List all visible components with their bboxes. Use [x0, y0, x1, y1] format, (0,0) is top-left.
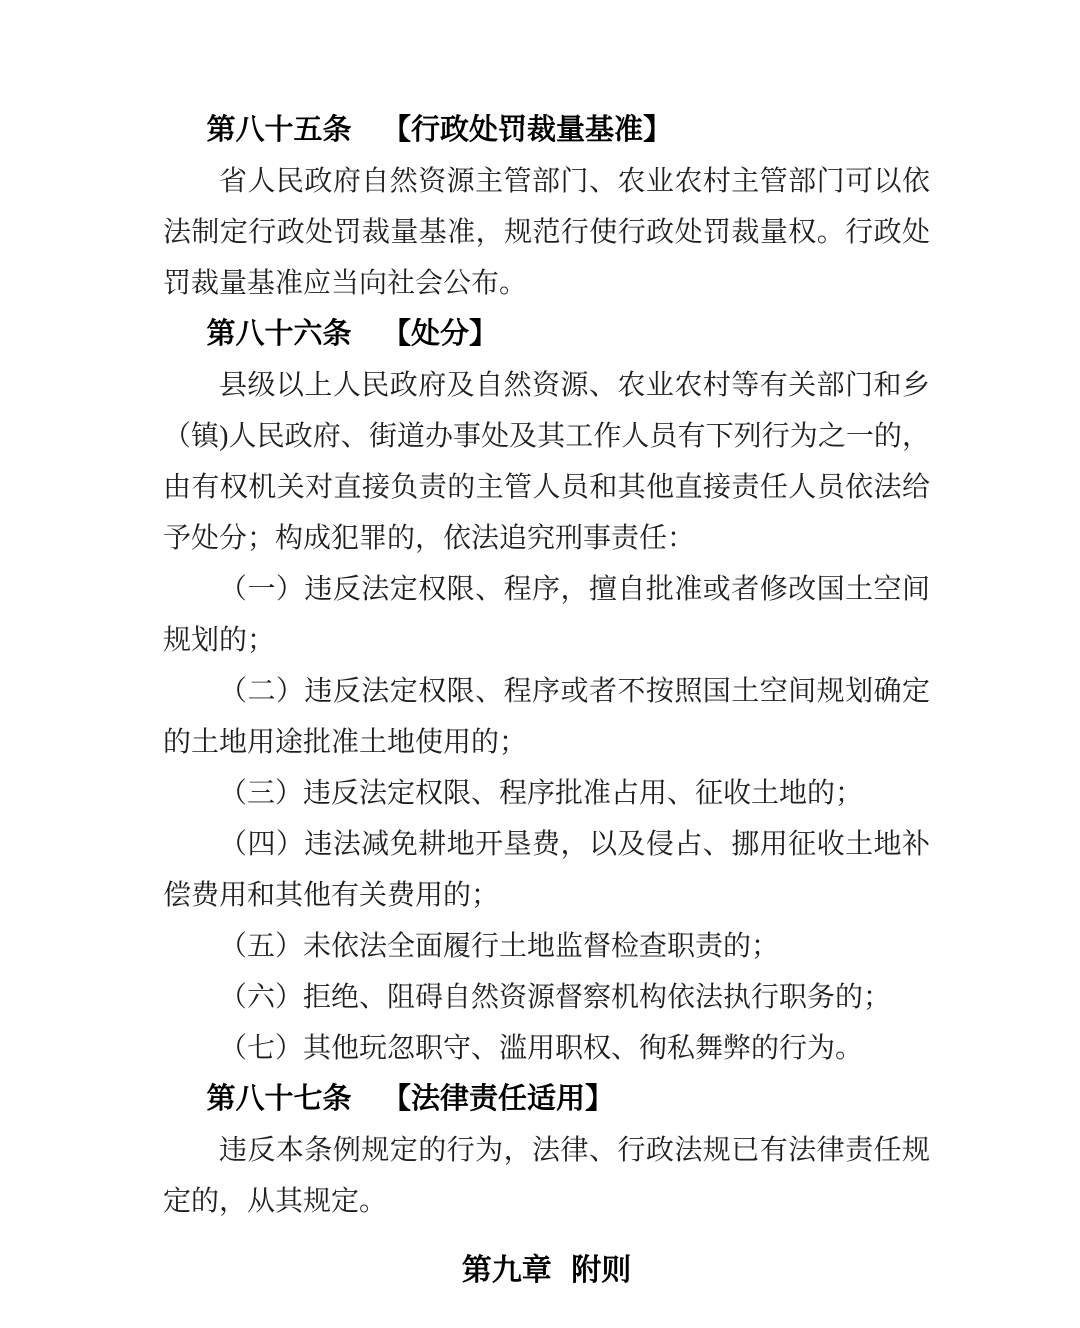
article-87: 第八十七条【法律责任适用】 违反本条例规定的行为，法律、行政法规已有法律责任规定… [163, 1074, 930, 1227]
article-86-item-6: （六）拒绝、阻碍自然资源督察机构依法执行职务的； [163, 972, 930, 1023]
article-86-title: 【处分】 [382, 318, 498, 350]
article-85-heading: 第八十五条【行政处罚裁量基准】 [163, 105, 930, 156]
document-page: 第八十五条【行政处罚裁量基准】 省人民政府自然资源主管部门、农业农村主管部门可以… [0, 0, 1080, 1328]
article-87-heading: 第八十七条【法律责任适用】 [163, 1074, 930, 1125]
article-85-paragraph: 省人民政府自然资源主管部门、农业农村主管部门可以依法制定行政处罚裁量基准，规范行… [163, 156, 930, 309]
chapter-9-number: 第九章 [462, 1254, 552, 1287]
article-86-item-7: （七）其他玩忽职守、滥用职权、徇私舞弊的行为。 [163, 1023, 930, 1074]
document-content: 第八十五条【行政处罚裁量基准】 省人民政府自然资源主管部门、农业农村主管部门可以… [163, 105, 930, 1296]
article-87-paragraph: 违反本条例规定的行为，法律、行政法规已有法律责任规定的，从其规定。 [163, 1125, 930, 1227]
chapter-9-heading: 第九章附则 [163, 1245, 930, 1296]
article-87-title: 【法律责任适用】 [382, 1083, 614, 1115]
article-86-number: 第八十六条 [207, 318, 352, 350]
article-86: 第八十六条【处分】 县级以上人民政府及自然资源、农业农村等有关部门和乡（镇)人民… [163, 309, 930, 1074]
article-85-title: 【行政处罚裁量基准】 [382, 114, 672, 146]
article-86-paragraph: 县级以上人民政府及自然资源、农业农村等有关部门和乡（镇)人民政府、街道办事处及其… [163, 360, 930, 564]
chapter-9-title: 附则 [571, 1254, 631, 1287]
article-86-item-5: （五）未依法全面履行土地监督检查职责的； [163, 921, 930, 972]
article-85: 第八十五条【行政处罚裁量基准】 省人民政府自然资源主管部门、农业农村主管部门可以… [163, 105, 930, 309]
article-86-item-2: （二）违反法定权限、程序或者不按照国土空间规划确定的土地用途批准土地使用的； [163, 666, 930, 768]
article-85-number: 第八十五条 [207, 114, 352, 146]
article-86-item-4: （四）违法减免耕地开垦费，以及侵占、挪用征收土地补偿费用和其他有关费用的； [163, 819, 930, 921]
article-86-item-1: （一）违反法定权限、程序，擅自批准或者修改国土空间规划的； [163, 564, 930, 666]
article-86-item-3: （三）违反法定权限、程序批准占用、征收土地的； [163, 768, 930, 819]
article-87-number: 第八十七条 [207, 1083, 352, 1115]
article-86-heading: 第八十六条【处分】 [163, 309, 930, 360]
